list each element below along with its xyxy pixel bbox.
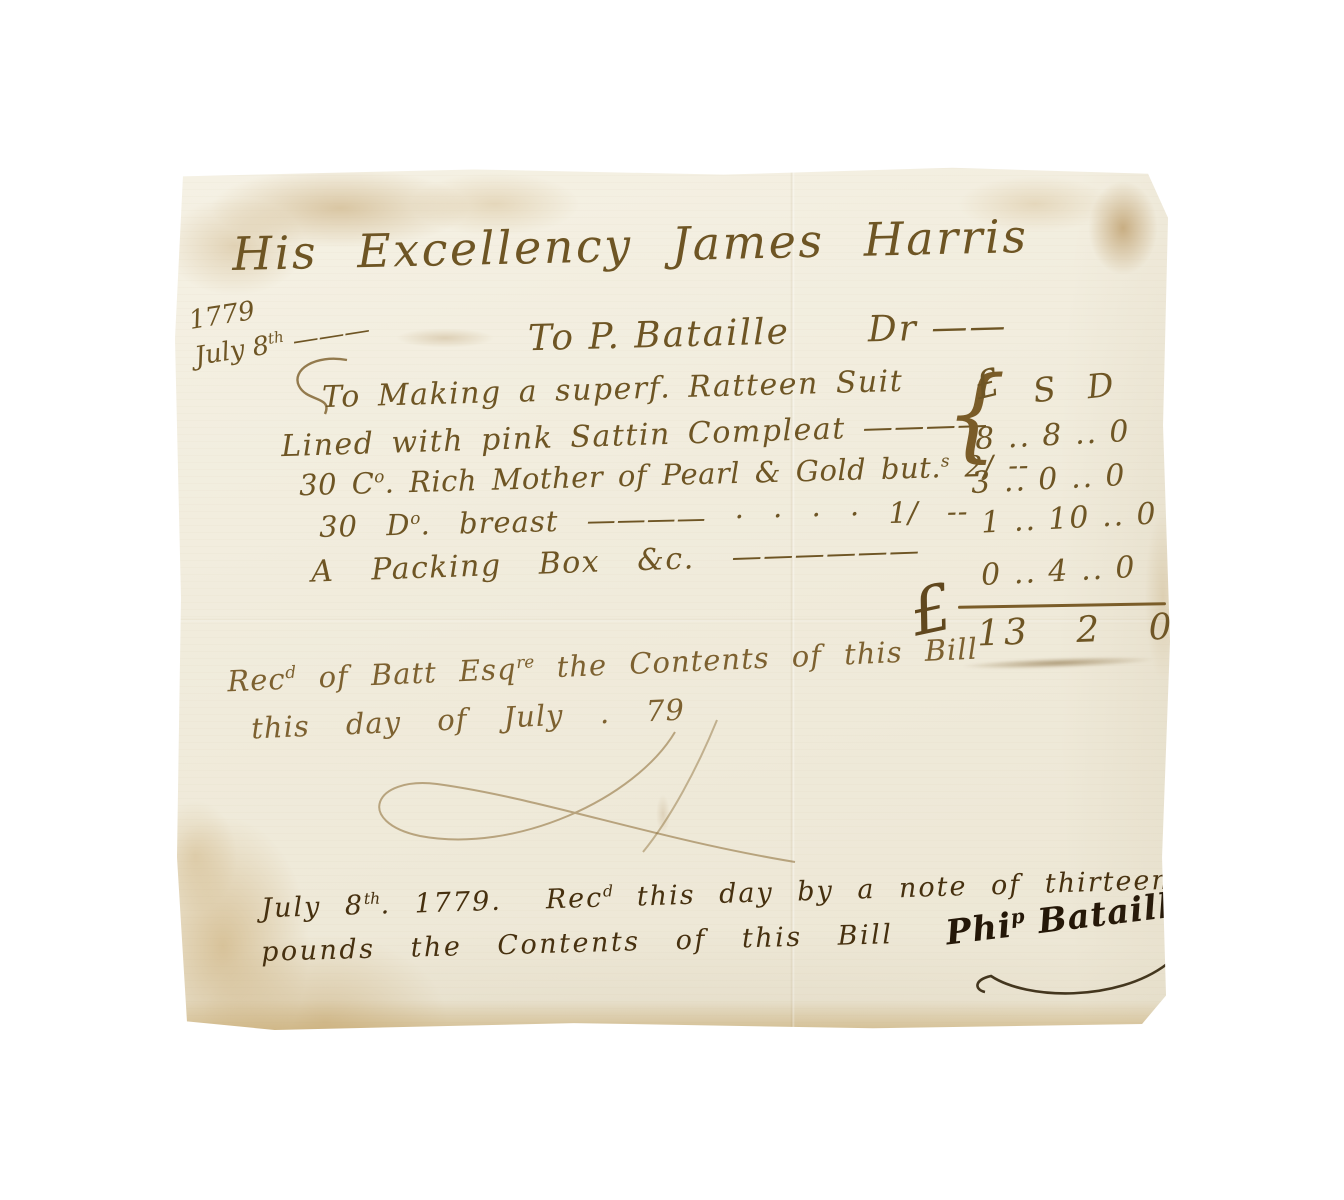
amount-row-2: 3 .. 0 .. 0 [970, 458, 1127, 501]
bill-title: His Excellency James Harris [231, 209, 1029, 281]
amount-row-1: 8 .. 8 .. 0 [974, 414, 1131, 457]
signature-underline-flourish [967, 958, 1182, 1008]
footer-line-2: pounds the Contents of this Bill [261, 919, 894, 968]
photograph-background: His Excellency James Harris 1779 July 8t… [0, 0, 1344, 1200]
ink-smudge [963, 655, 1153, 672]
total-amount: 13 2 0 [976, 607, 1176, 655]
item-1-line-1: To Making a superf. Ratteen Suit [322, 364, 904, 415]
pence-column-header: D [1085, 365, 1115, 407]
receipt-line-1: Recd of Batt Esqre the Contents of this … [227, 632, 979, 699]
amount-row-4: 0 .. 4 .. 0 [980, 550, 1137, 593]
amount-row-3: 1 .. 10 .. 0 [980, 496, 1158, 540]
shillings-column-header: S [1030, 369, 1058, 411]
bill-document-paper: His Excellency James Harris 1779 July 8t… [175, 166, 1172, 1030]
debit-mark: Dr —— [867, 306, 1008, 351]
addressee-name: To P. Bataille [528, 311, 791, 359]
addressee-line: To P. BatailleDr —— [528, 306, 1008, 360]
